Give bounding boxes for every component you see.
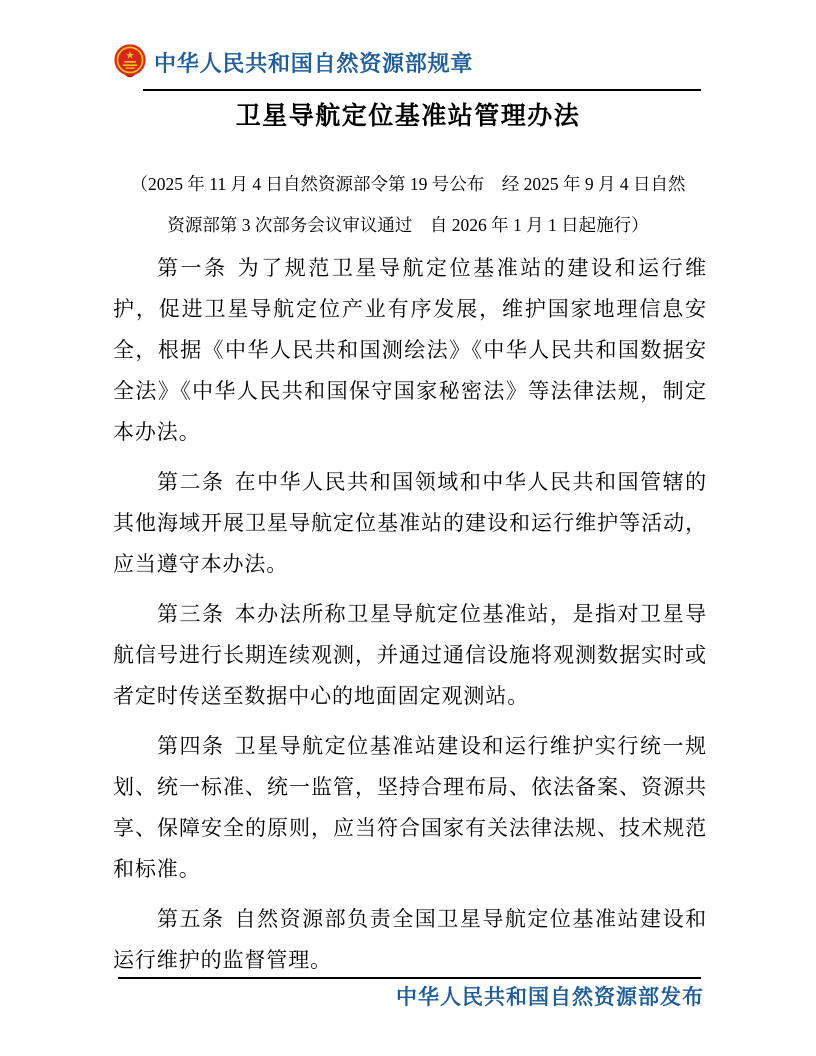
article-2-number: 第二条 <box>157 471 225 494</box>
article-4: 第四条卫星导航定位基准站建设和运行维护实行统一规划、统一标准、统一监管，坚持合理… <box>113 726 707 890</box>
agency-header-title: 中华人民共和国自然资源部规章 <box>154 47 473 78</box>
article-2: 第二条在中华人民共和国领域和中华人民共和国管辖的其他海域开展卫星导航定位基准站的… <box>113 462 707 585</box>
article-3: 第三条本办法所称卫星导航定位基准站，是指对卫星导航信号进行长期连续观测，并通过通… <box>113 594 707 717</box>
national-emblem-icon: ★ <box>113 44 147 80</box>
article-5-number: 第五条 <box>157 908 225 931</box>
article-1-text: 为了规范卫星导航定位基准站的建设和运行维护，促进卫星导航定位产业有序发展，维护国… <box>113 257 707 444</box>
promulgation-line-1: （2025 年 11 月 4 日自然资源部令第 19 号公布 经 2025 年 … <box>0 164 816 205</box>
promulgation-note: （2025 年 11 月 4 日自然资源部令第 19 号公布 经 2025 年 … <box>0 164 816 246</box>
svg-text:★: ★ <box>125 50 134 61</box>
article-1-number: 第一条 <box>157 257 228 280</box>
promulgation-line-2: 资源部第 3 次部务会议审议通过 自 2026 年 1 月 1 日起施行） <box>0 205 816 246</box>
article-1: 第一条为了规范卫星导航定位基准站的建设和运行维护，促进卫星导航定位产业有序发展，… <box>113 248 707 453</box>
document-title: 卫星导航定位基准站管理办法 <box>0 100 816 134</box>
article-4-number: 第四条 <box>157 735 225 758</box>
publisher-footer-title: 中华人民共和国自然资源部发布 <box>396 983 704 1011</box>
document-page: ★ 中华人民共和国自然资源部规章 卫星导航定位基准站管理办法 （2025 年 1… <box>0 0 816 1056</box>
article-5: 第五条自然资源部负责全国卫星导航定位基准站建设和运行维护的监督管理。 <box>113 899 707 981</box>
header-divider <box>143 89 701 91</box>
document-header: ★ 中华人民共和国自然资源部规章 <box>113 44 706 80</box>
article-3-number: 第三条 <box>157 603 225 626</box>
footer-divider <box>118 977 701 979</box>
article-body: 第一条为了规范卫星导航定位基准站的建设和运行维护，促进卫星导航定位产业有序发展，… <box>113 248 707 981</box>
